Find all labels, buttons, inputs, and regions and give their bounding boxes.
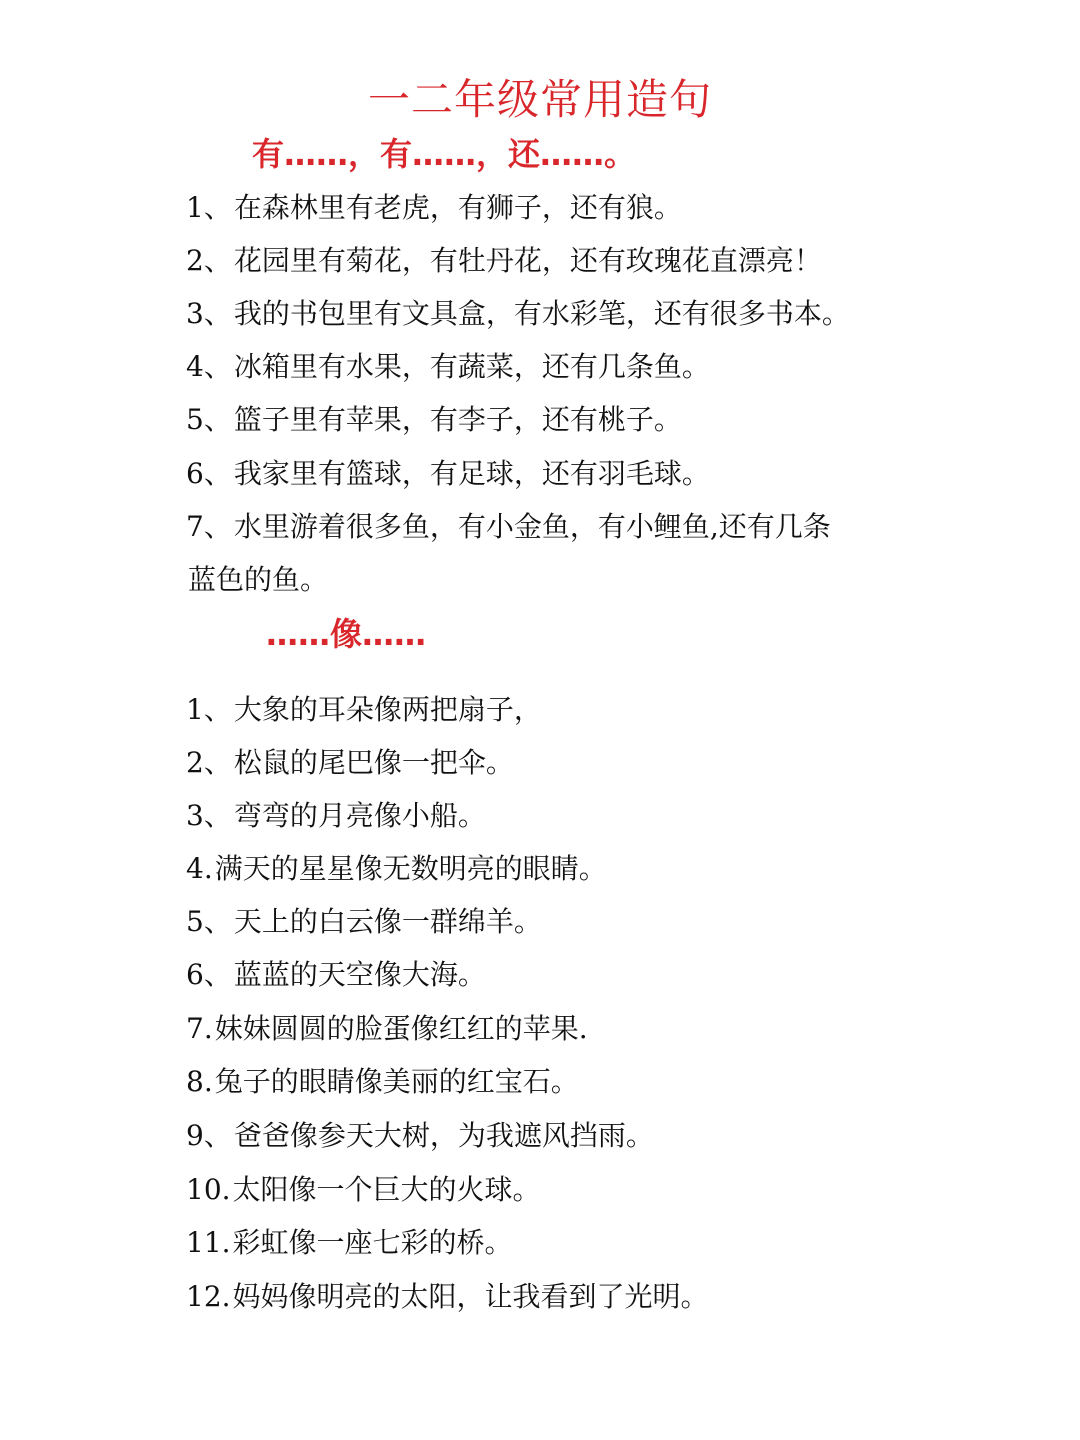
sentence-text: 花园里有菊花，有牡丹花，还有玫瑰花直漂亮！: [234, 244, 822, 277]
sentence-line: 7.妹妹圆圆的脸蛋像红红的苹果.: [186, 1011, 588, 1047]
sentence-text: 我的书包里有文具盒，有水彩笔，还有很多书本。: [234, 297, 850, 330]
sentence-text: 彩虹像一座七彩的桥。: [233, 1226, 513, 1259]
sentence-number: 2、: [186, 244, 232, 277]
sentence-text: 篮子里有苹果，有李子，还有桃子。: [234, 403, 682, 436]
sentence-number: 6、: [186, 457, 232, 490]
sentence-number: 8.: [186, 1065, 213, 1098]
sentence-text: 冰箱里有水果，有蔬菜，还有几条鱼。: [234, 350, 710, 383]
sentence-line: 9、爸爸像参天大树，为我遮风挡雨。: [186, 1118, 654, 1154]
sentence-number: 1、: [186, 693, 232, 726]
sentence-number: 3、: [186, 799, 232, 832]
sentence-text: 水里游着很多鱼，有小金鱼，有小鲤鱼,还有几条: [234, 510, 831, 543]
sentence-line: 8.兔子的眼睛像美丽的红宝石。: [186, 1064, 579, 1100]
sentence-text: 弯弯的月亮像小船。: [234, 799, 486, 832]
sentence-number: 11.: [186, 1226, 231, 1259]
sentence-text: 满天的星星像无数明亮的眼睛。: [215, 852, 607, 885]
sentence-line: 5、篮子里有苹果，有李子，还有桃子。: [186, 402, 682, 438]
sentence-line-continuation: 蓝色的鱼。: [186, 562, 328, 598]
sentence-number: 2、: [186, 746, 232, 779]
sentence-line: 5、天上的白云像一群绵羊。: [186, 904, 542, 940]
sentence-line: 2、松鼠的尾巴像一把伞。: [186, 745, 514, 781]
sentence-number: 4.: [186, 852, 213, 885]
sentence-text: 大象的耳朵像两把扇子，: [234, 693, 542, 726]
page-title: 一二年级常用造句: [0, 74, 1080, 126]
sentence-line: 10.太阳像一个巨大的火球。: [186, 1172, 541, 1208]
sentence-line: 1、大象的耳朵像两把扇子，: [186, 692, 542, 728]
sentence-number: 10.: [186, 1173, 231, 1206]
sentence-number: 1、: [186, 191, 232, 224]
sentence-text: 太阳像一个巨大的火球。: [233, 1173, 541, 1206]
sentence-number: 5、: [186, 905, 232, 938]
sentence-text: 松鼠的尾巴像一把伞。: [234, 746, 514, 779]
section-heading-xiang: ……像……: [266, 614, 426, 654]
sentence-text: 妈妈像明亮的太阳，让我看到了光明。: [233, 1280, 709, 1313]
sentence-number: 6、: [186, 958, 232, 991]
sentence-text: 妹妹圆圆的脸蛋像红红的苹果.: [215, 1012, 588, 1045]
document-page: 一二年级常用造句 有……，有……，还……。 1、在森林里有老虎，有狮子，还有狼。…: [0, 0, 1080, 1440]
sentence-line: 6、蓝蓝的天空像大海。: [186, 957, 486, 993]
sentence-text: 兔子的眼睛像美丽的红宝石。: [215, 1065, 579, 1098]
sentence-text: 天上的白云像一群绵羊。: [234, 905, 542, 938]
sentence-line: 2、花园里有菊花，有牡丹花，还有玫瑰花直漂亮！: [186, 243, 822, 279]
sentence-line: 12.妈妈像明亮的太阳，让我看到了光明。: [186, 1279, 709, 1315]
sentence-text: 蓝蓝的天空像大海。: [234, 958, 486, 991]
sentence-line: 3、我的书包里有文具盒，有水彩笔，还有很多书本。: [186, 296, 850, 332]
sentence-text: 我家里有篮球，有足球，还有羽毛球。: [234, 457, 710, 490]
section-heading-you-you-hai: 有……，有……，还……。: [252, 134, 636, 174]
sentence-number: 12.: [186, 1280, 231, 1313]
sentence-line: 3、弯弯的月亮像小船。: [186, 798, 486, 834]
sentence-number: 7.: [186, 1012, 213, 1045]
sentence-number: 4、: [186, 350, 232, 383]
sentence-line: 1、在森林里有老虎，有狮子，还有狼。: [186, 190, 682, 226]
sentence-line: 11.彩虹像一座七彩的桥。: [186, 1225, 513, 1261]
sentence-number: 5、: [186, 403, 232, 436]
sentence-line: 7、水里游着很多鱼，有小金鱼，有小鲤鱼,还有几条: [186, 509, 831, 545]
sentence-text: 蓝色的鱼。: [188, 563, 328, 596]
sentence-line: 4、冰箱里有水果，有蔬菜，还有几条鱼。: [186, 349, 710, 385]
sentence-number: 9、: [186, 1119, 232, 1152]
sentence-line: 6、我家里有篮球，有足球，还有羽毛球。: [186, 456, 710, 492]
sentence-line: 4.满天的星星像无数明亮的眼睛。: [186, 851, 607, 887]
sentence-text: 爸爸像参天大树，为我遮风挡雨。: [234, 1119, 654, 1152]
sentence-number: 3、: [186, 297, 232, 330]
sentence-number: 7、: [186, 510, 232, 543]
sentence-text: 在森林里有老虎，有狮子，还有狼。: [234, 191, 682, 224]
